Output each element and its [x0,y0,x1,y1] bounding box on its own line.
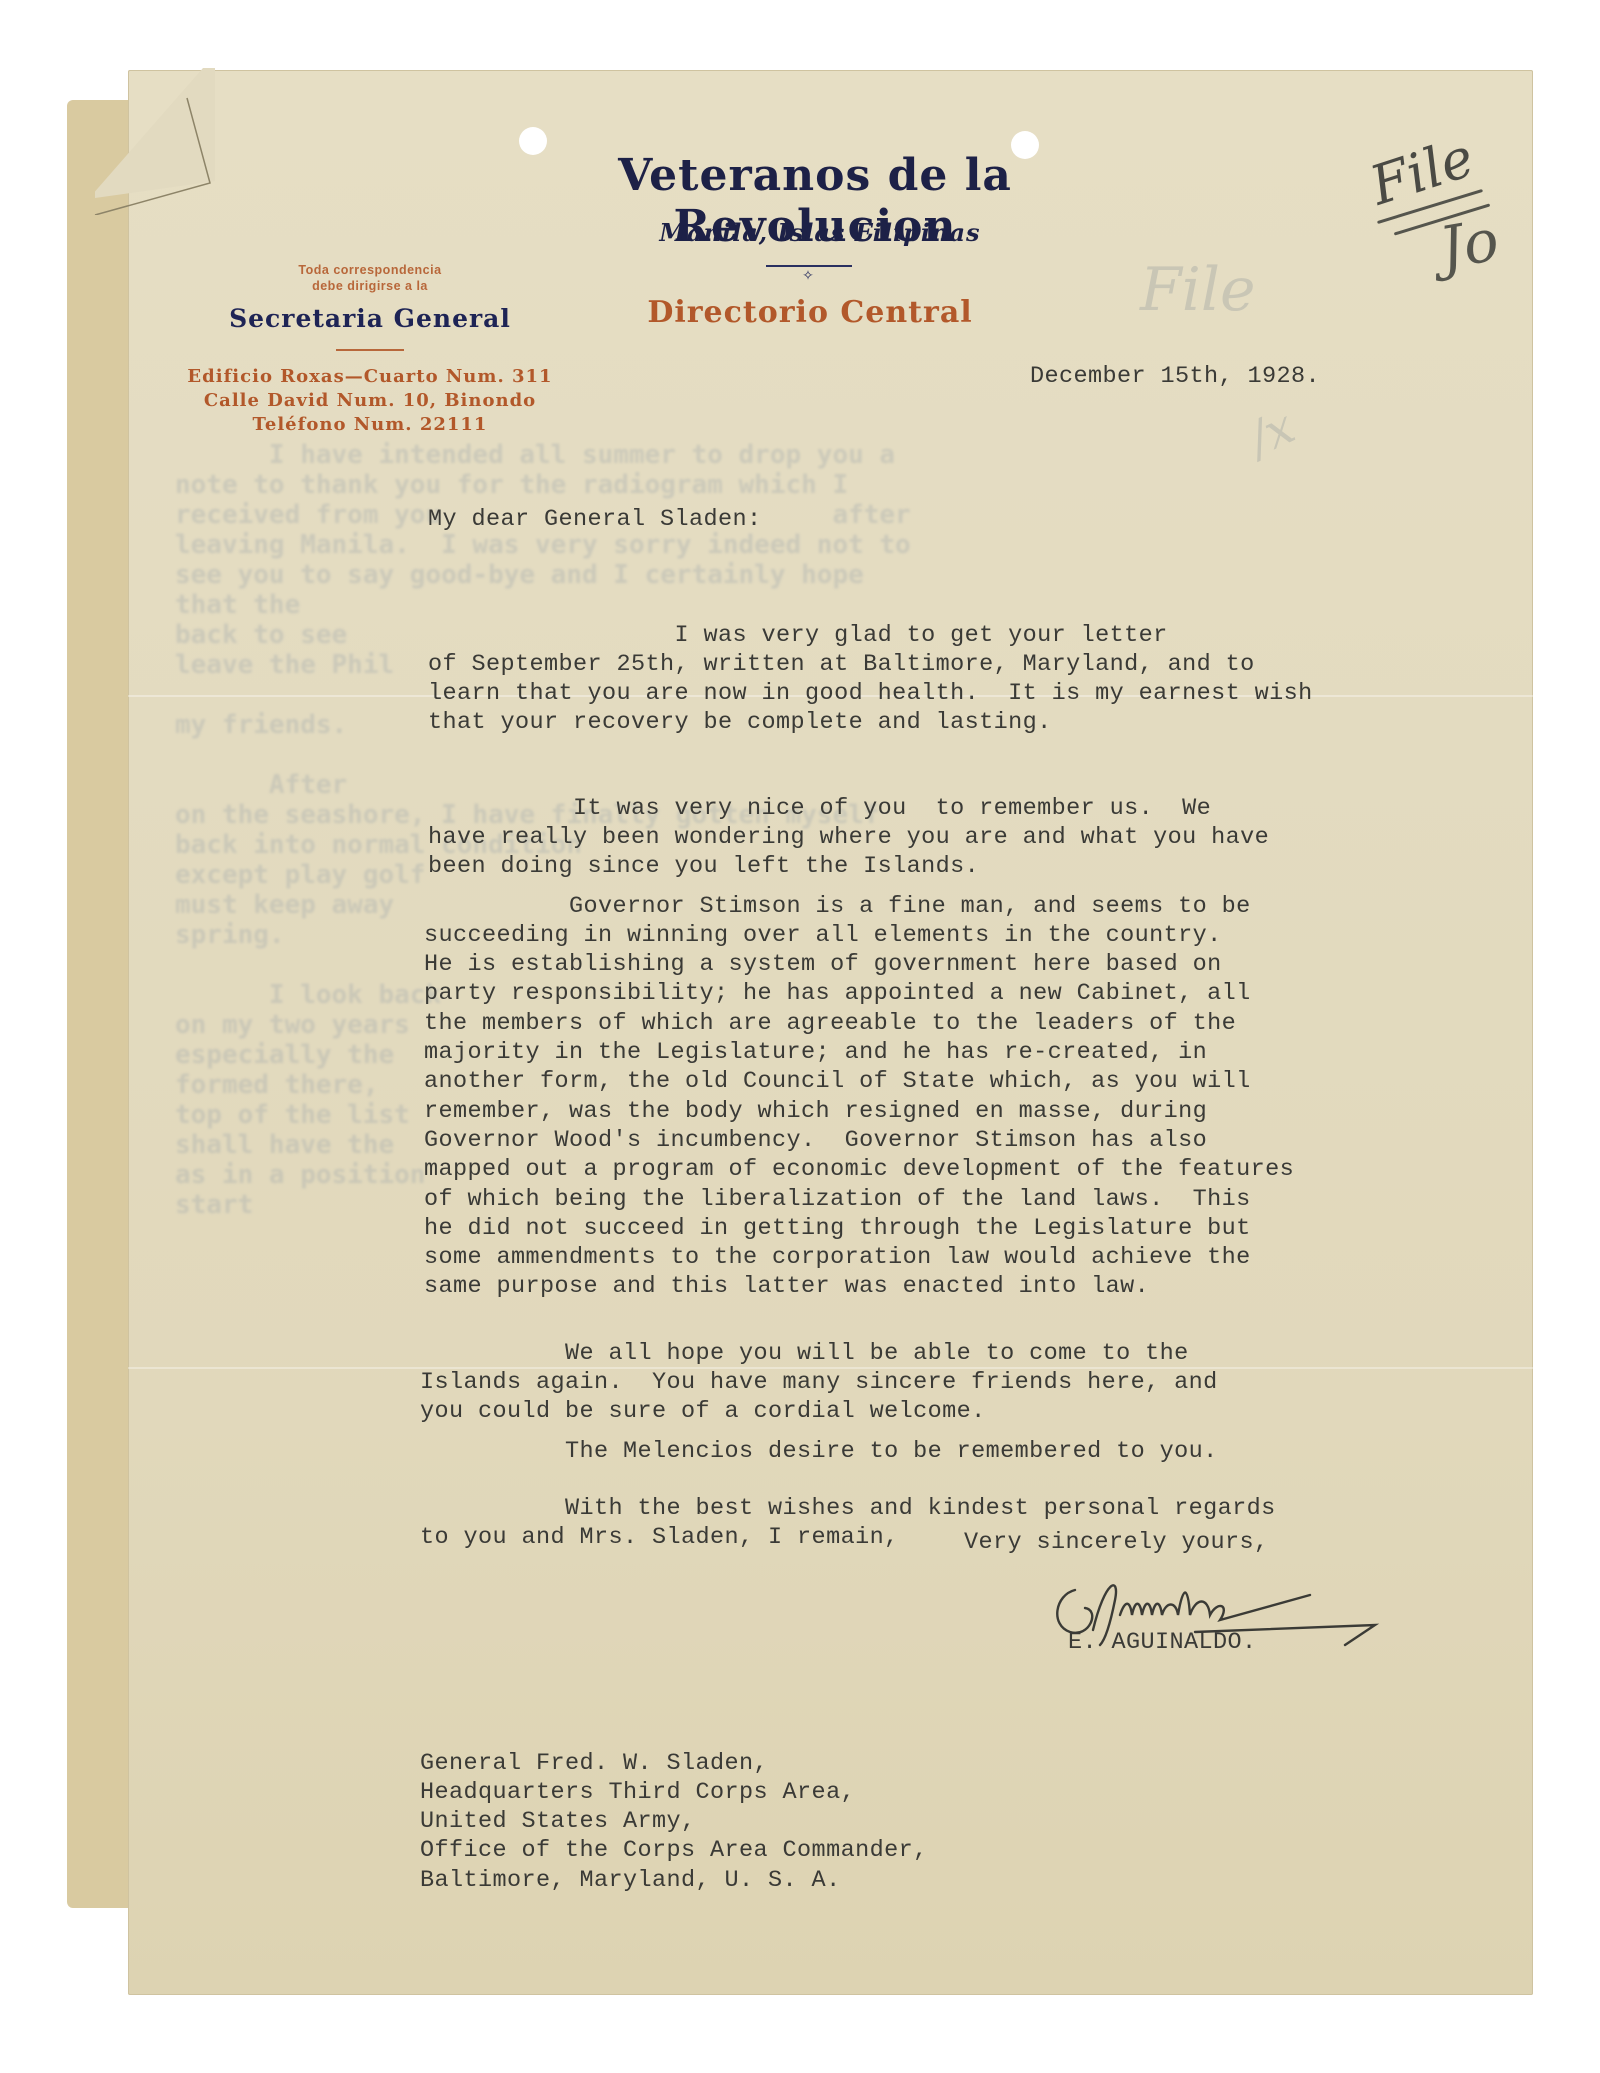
paragraph-line: mapped out a program of economic develop… [424,1155,1294,1184]
paragraph-line: some ammendments to the corporation law … [424,1243,1294,1272]
paragraph-3: Governor Stimson is a fine man, and seem… [424,833,1294,1331]
department-name: Directorio Central [590,295,1030,330]
letterhead-rule [766,265,852,267]
paragraph-line: It was very nice of you to remember us. … [428,794,1269,823]
paragraph-line: remember, was the body which resigned en… [424,1097,1294,1126]
paragraph-line: succeeding in winning over all elements … [424,921,1294,950]
address-rule [336,349,404,351]
paragraph-line: Governor Stimson is a fine man, and seem… [424,892,1294,921]
paragraph-line: the members of which are agreeable to th… [424,1009,1294,1038]
letter-date: December 15th, 1928. [1030,362,1320,391]
typed-signatory-name: E. AGUINALDO. [1068,1628,1257,1657]
secretariat-name: Secretaria General [180,304,560,333]
closing: Very sincerely yours, [964,1528,1269,1557]
recipient-address-block: General Fred. W. Sladen,Headquarters Thi… [420,1690,928,1924]
paragraph-line: another form, the old Council of State w… [424,1067,1294,1096]
paragraph-line: majority in the Legislature; and he has … [424,1038,1294,1067]
correspondence-note: Toda correspondencia [180,262,560,278]
paragraph-line: of September 25th, written at Baltimore,… [428,650,1313,679]
letterhead-address-block: Toda correspondencia debe dirigirse a la… [180,262,560,437]
recipient-line: Baltimore, Maryland, U. S. A. [420,1866,928,1895]
organization-location: Manila, Islas Filipinas [560,218,1080,247]
phone-line: Teléfono Num. 22111 [180,413,560,437]
faint-pencil-mark: File [1140,255,1256,325]
paragraph-line: I was very glad to get your letter [428,621,1313,650]
pencil-annotation-initial: Jo [1435,205,1504,282]
address-line: Edificio Roxas—Cuarto Num. 311 [180,365,560,389]
corner-fold-line [92,95,242,215]
correspondence-note: debe dirigirse a la [180,278,560,294]
address-line: Calle David Num. 10, Binondo [180,389,560,413]
paragraph-line: Governor Wood's incumbency. Governor Sti… [424,1126,1294,1155]
recipient-line: General Fred. W. Sladen, [420,1749,928,1778]
paragraph-line: We all hope you will be able to come to … [420,1339,1218,1368]
salutation: My dear General Sladen: [428,505,762,534]
recipient-line: Headquarters Third Corps Area, [420,1778,928,1807]
paragraph-line: learn that you are now in good health. I… [428,679,1313,708]
paragraph-line: With the best wishes and kindest persona… [420,1494,1276,1523]
recipient-line: Office of the Corps Area Commander, [420,1836,928,1865]
ornament-icon: ✧ [793,268,823,282]
paragraph-line: party responsibility; he has appointed a… [424,979,1294,1008]
paragraph-line: that your recovery be complete and lasti… [428,708,1313,737]
recipient-line: United States Army, [420,1807,928,1836]
paragraph-6: With the best wishes and kindest persona… [420,1435,1276,1581]
paragraph-line: He is establishing a system of governmen… [424,950,1294,979]
paragraph-line: of which being the liberalization of the… [424,1185,1294,1214]
paragraph-line: he did not succeed in getting through th… [424,1214,1294,1243]
